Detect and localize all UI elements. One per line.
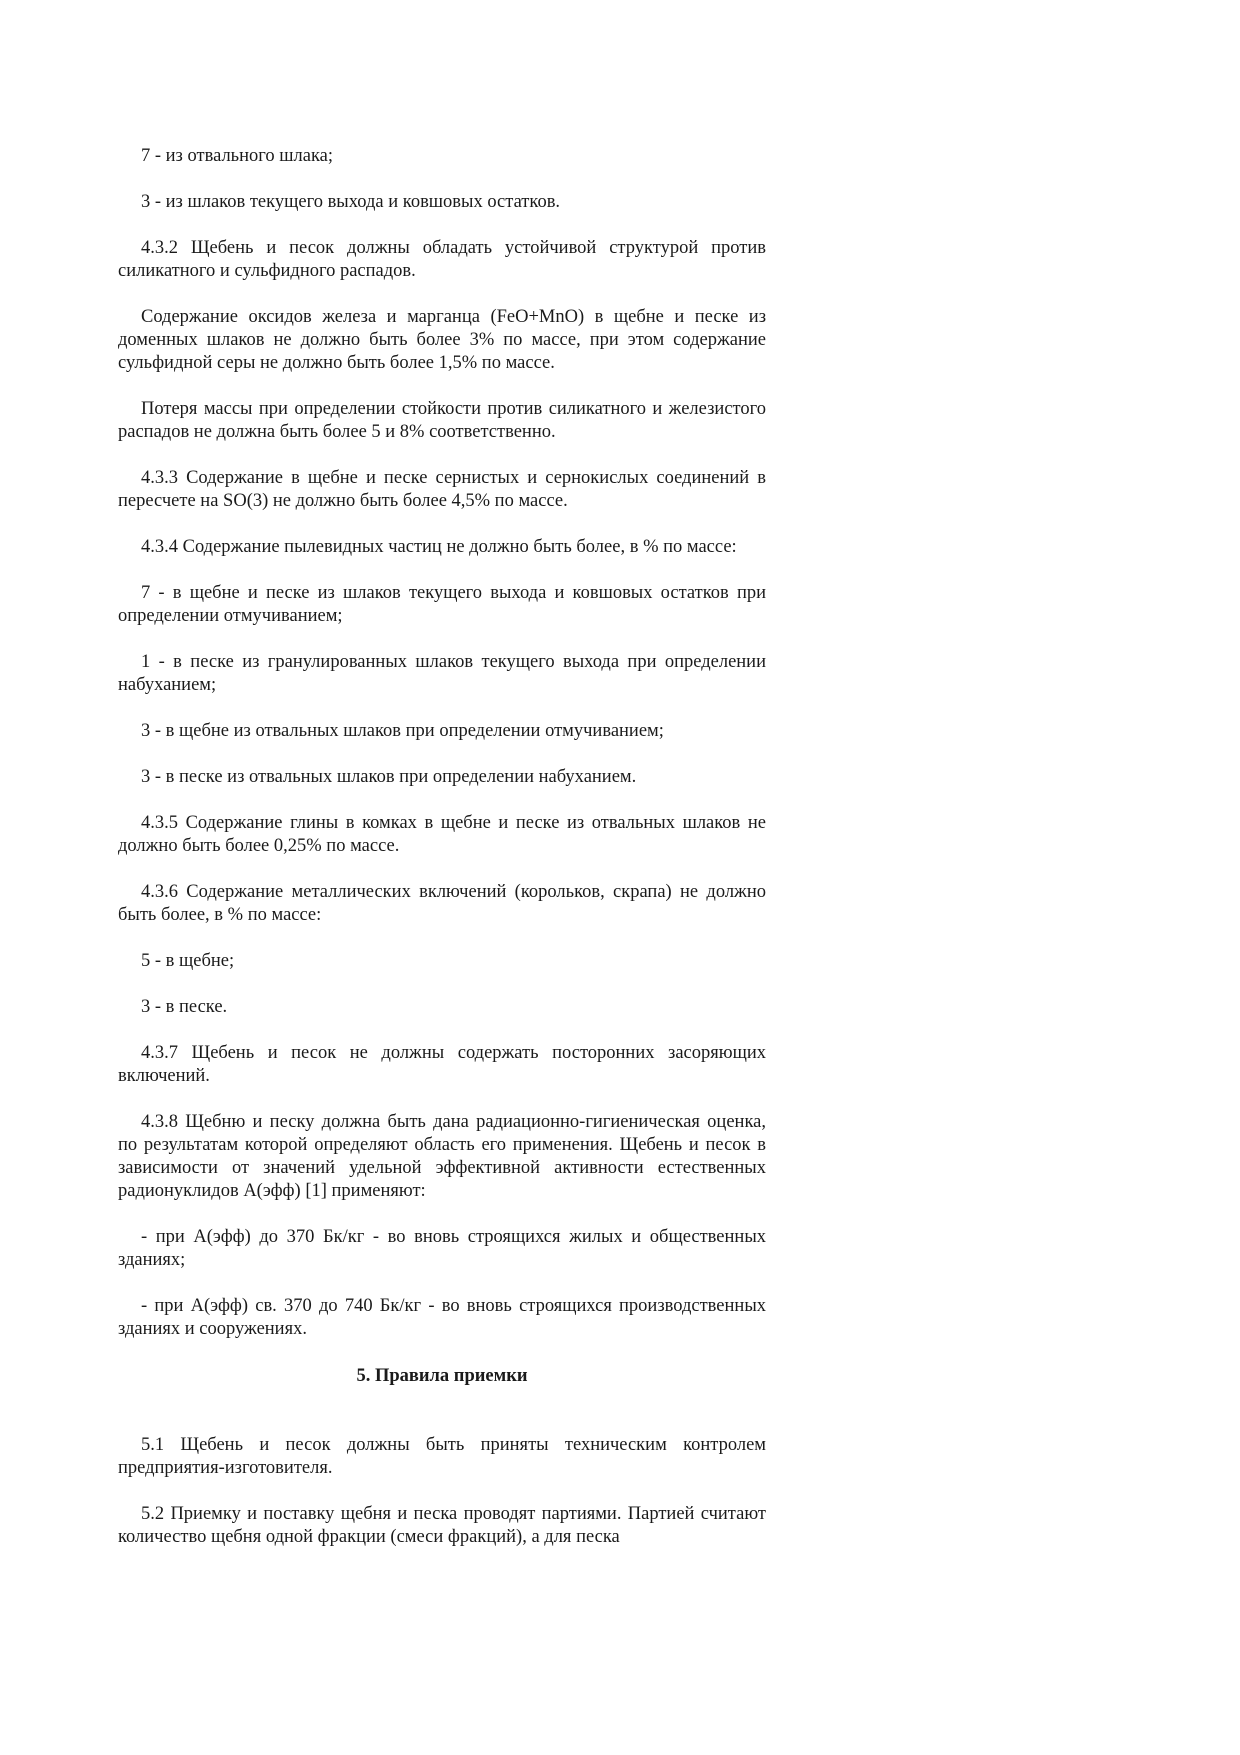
paragraph: 3 - в песке из отвальных шлаков при опре… xyxy=(118,766,766,789)
paragraph: 5 - в щебне; xyxy=(118,950,766,973)
paragraph: 4.3.2 Щебень и песок должны обладать уст… xyxy=(118,237,766,283)
paragraph: 4.3.6 Содержание металлических включений… xyxy=(118,881,766,927)
paragraph: - при А(эфф) св. 370 до 740 Бк/кг - во в… xyxy=(118,1295,766,1341)
paragraph: 1 - в песке из гранулированных шлаков те… xyxy=(118,651,766,697)
paragraph: 5.1 Щебень и песок должны быть приняты т… xyxy=(118,1434,766,1480)
paragraph: 4.3.7 Щебень и песок не должны содержать… xyxy=(118,1042,766,1088)
paragraph: Содержание оксидов железа и марганца (Fe… xyxy=(118,306,766,375)
paragraph: 4.3.8 Щебню и песку должна быть дана рад… xyxy=(118,1111,766,1203)
paragraph: Потеря массы при определении стойкости п… xyxy=(118,398,766,444)
document-page: 7 - из отвального шлака; 3 - из шлаков т… xyxy=(118,145,766,1572)
paragraph: 5.2 Приемку и поставку щебня и песка про… xyxy=(118,1503,766,1549)
paragraph: 4.3.5 Содержание глины в комках в щебне … xyxy=(118,812,766,858)
paragraph: 3 - в щебне из отвальных шлаков при опре… xyxy=(118,720,766,743)
section-heading: 5. Правила приемки xyxy=(118,1365,766,1388)
paragraph: 7 - в щебне и песке из шлаков текущего в… xyxy=(118,582,766,628)
paragraph: 4.3.4 Содержание пылевидных частиц не до… xyxy=(118,536,766,559)
paragraph: 3 - в песке. xyxy=(118,996,766,1019)
paragraph: - при А(эфф) до 370 Бк/кг - во вновь стр… xyxy=(118,1226,766,1272)
paragraph: 3 - из шлаков текущего выхода и ковшовых… xyxy=(118,191,766,214)
paragraph: 4.3.3 Содержание в щебне и песке сернист… xyxy=(118,467,766,513)
paragraph: 7 - из отвального шлака; xyxy=(118,145,766,168)
